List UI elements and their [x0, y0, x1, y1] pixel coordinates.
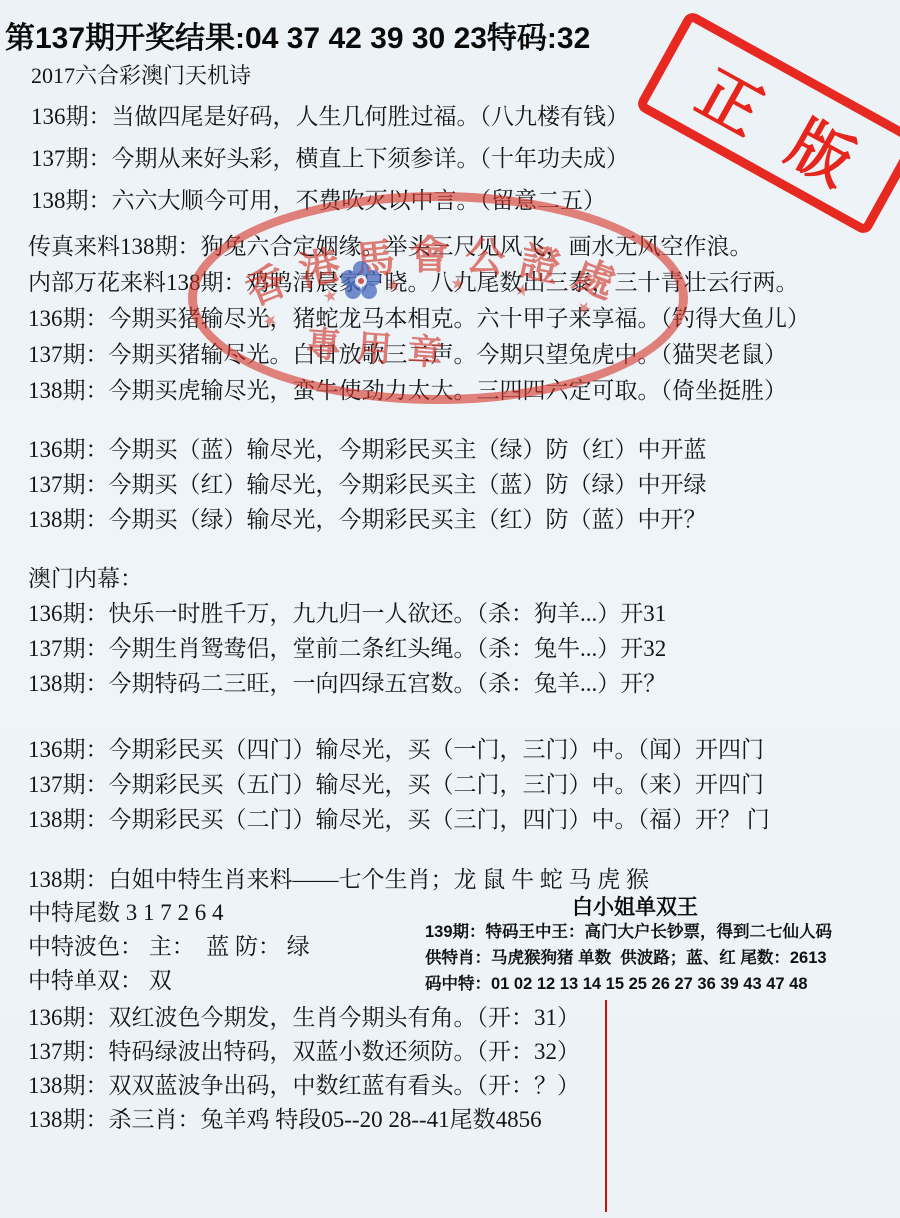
- color-tip-line: 137期：今期买（红）输尽光，今期彩民买主（蓝）防（绿）中开绿: [28, 467, 707, 502]
- tip-line: 内部万花来料138期：鸡鸣清晨家户晓。八九尾数出三泰，三十青壮云行两。: [28, 265, 810, 301]
- section-gate-tips: 136期：今期彩民买（四门）输尽光，买（一门，三门）中。（闻）开四门 137期：…: [28, 732, 770, 837]
- section-bottom-results: 136期：双红波色今期发，生肖今期头有角。（开：31） 137期：特码绿波出特码…: [28, 1001, 580, 1137]
- lottery-tip-sheet: 第137期开奖结果:04 37 42 39 30 23特码:32 2017六合彩…: [0, 0, 900, 1218]
- tip-line: 136期：今期买猪输尽光，猪蛇龙马本相克。六十甲子来享福。（钓得大鱼儿）: [28, 301, 810, 337]
- result-line: 136期：双红波色今期发，生肖今期头有角。（开：31）: [28, 1001, 580, 1035]
- insider-line: 136期：快乐一时胜千万，九九归一人欲还。（杀：狗羊...）开31: [28, 596, 666, 631]
- odd-even-line: 中特单双： 双: [28, 964, 310, 998]
- result-line: 138期：杀三肖：兔羊鸡 特段05--20 28--41尾数4856: [28, 1103, 580, 1137]
- insider-line: 137期：今期生肖鸳鸯侣，堂前二条红头绳。（杀：兔牛...）开32: [28, 631, 666, 666]
- color-tip-line: 136期：今期买（蓝）输尽光，今期彩民买主（绿）防（红）中开蓝: [28, 432, 707, 467]
- section-macau-insider: 澳门内幕： 136期：快乐一时胜千万，九九归一人欲还。（杀：狗羊...）开31 …: [28, 561, 666, 701]
- wave-color-line: 中特波色： 主： 蓝 防： 绿: [28, 930, 310, 964]
- red-divider-line: [605, 1000, 607, 1212]
- tip-line: 传真来料138期：狗兔六合定姻缘。举头三尺见风飞，画水无风空作浪。: [28, 229, 810, 265]
- poem-line: 138期：六六大顺今可用，不费吹灭以中言。（留意二五）: [31, 180, 629, 222]
- baijie-left-column: 中特尾数 3 1 7 2 6 4 中特波色： 主： 蓝 防： 绿 中特单双： 双: [28, 896, 310, 998]
- tip-line: 137期：今期买猪输尽光。白日放歌三二声。今期只望兔虎中。（猫哭老鼠）: [28, 337, 810, 373]
- issue-139-block: 139期：特码王中王：高门大户长钞票，得到二七仙人码 供特肖：马虎猴狗猪 单数 …: [425, 919, 832, 997]
- gate-tip-line: 138期：今期彩民买（二门）输尽光，买（三门，四门）中。（福）开？ 门: [28, 802, 770, 837]
- gate-tip-line: 137期：今期彩民买（五门）输尽光，买（二门，三门）中。（来）开四门: [28, 767, 770, 802]
- code-numbers-line: 码中特：01 02 12 13 14 15 25 26 27 36 39 43 …: [425, 971, 832, 997]
- section-fax-tips: 传真来料138期：狗兔六合定姻缘。举头三尺见风飞，画水无风空作浪。 内部万花来料…: [28, 229, 810, 409]
- color-tip-line: 138期：今期买（绿）输尽光，今期彩民买主（红）防（蓝）中开？: [28, 502, 707, 537]
- special-code-king-line: 139期：特码王中王：高门大户长钞票，得到二七仙人码: [425, 919, 832, 945]
- result-line: 137期：特码绿波出特码，双蓝小数还须防。（开：32）: [28, 1035, 580, 1069]
- section-tianji-poems: 2017六合彩澳门天机诗 136期：当做四尾是好码，人生几何胜过福。（八九楼有钱…: [31, 62, 629, 222]
- page-title: 第137期开奖结果:04 37 42 39 30 23特码:32: [5, 22, 590, 56]
- gate-tip-line: 136期：今期彩民买（四门）输尽光，买（一门，三门）中。（闻）开四门: [28, 732, 770, 767]
- miss-white-title: 白小姐单双王: [572, 891, 698, 921]
- result-line: 138期：双双蓝波争出码，中数红蓝有看头。（开：？）: [28, 1069, 580, 1103]
- poem-line: 136期：当做四尾是好码，人生几何胜过福。（八九楼有钱）: [31, 96, 629, 138]
- insider-line: 138期：今期特码二三旺，一向四绿五宫数。（杀：兔羊...）开？: [28, 666, 666, 701]
- genuine-stamp-border: 正版: [635, 10, 900, 237]
- tail-numbers-line: 中特尾数 3 1 7 2 6 4: [28, 896, 310, 930]
- baijie-zodiac-line: 138期：白姐中特生肖来料——七个生肖；龙 鼠 牛 蛇 马 虎 猴: [28, 861, 649, 894]
- tip-line: 138期：今期买虎输尽光，蛮牛使劲力太大。三四四六定可取。（倚坐挺胜）: [28, 373, 810, 409]
- genuine-stamp-label: 正版: [647, 23, 900, 222]
- section-color-tips: 136期：今期买（蓝）输尽光，今期彩民买主（绿）防（红）中开蓝 137期：今期买…: [28, 432, 707, 537]
- section-header: 2017六合彩澳门天机诗: [31, 62, 629, 90]
- genuine-stamp: 正版: [640, 12, 900, 222]
- section-header: 澳门内幕：: [28, 561, 666, 596]
- zodiac-wave-line: 供特肖：马虎猴狗猪 单数 供波路；蓝、红 尾数：2613: [425, 945, 832, 971]
- poem-line: 137期：今期从来好头彩，横直上下须参详。（十年功夫成）: [31, 138, 629, 180]
